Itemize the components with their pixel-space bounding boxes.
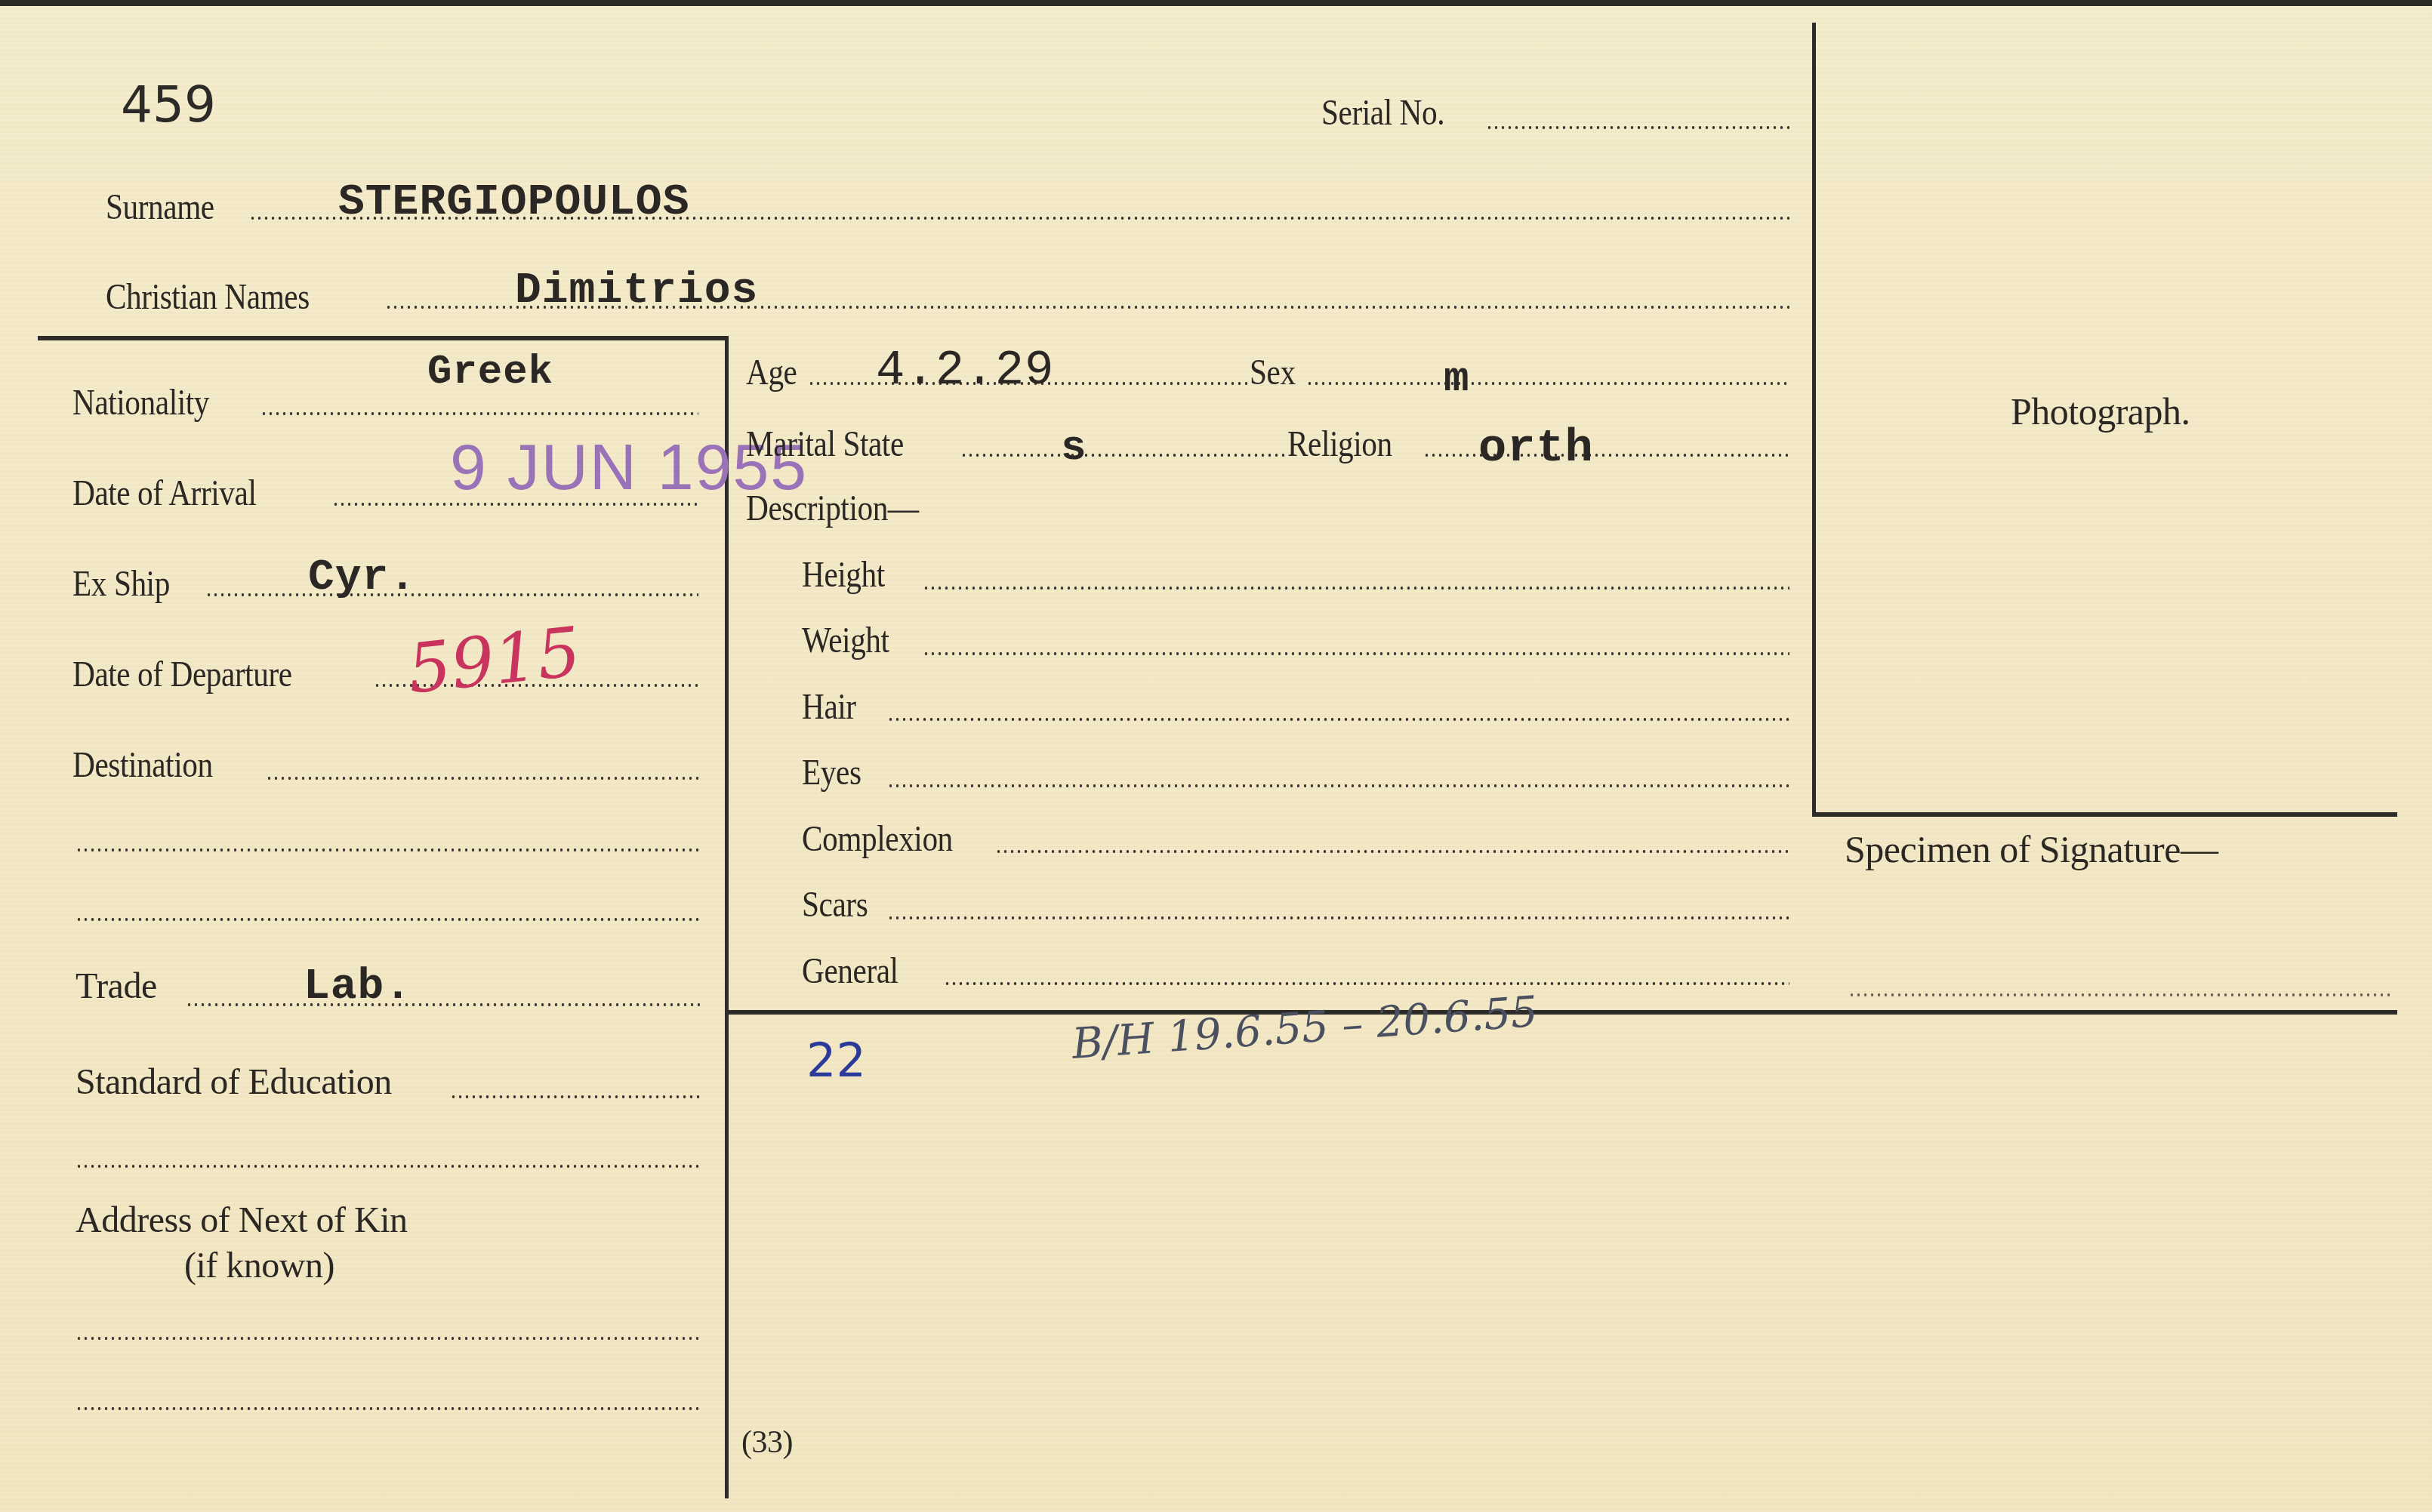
marital-state-field[interactable] (960, 453, 1285, 457)
next-of-kin-field-1[interactable] (76, 1336, 700, 1341)
hair-label: Hair (802, 689, 856, 725)
general-label: General (802, 953, 899, 990)
trade-field[interactable] (186, 1002, 700, 1007)
religion-value: orth (1478, 421, 1594, 475)
complexion-label: Complexion (802, 821, 953, 858)
sex-field[interactable] (1306, 381, 1789, 386)
next-of-kin-field-2[interactable] (76, 1406, 700, 1411)
trade-value: Lab. (304, 962, 411, 1012)
destination-field-1[interactable] (266, 776, 700, 781)
next-of-kin-sublabel: (if known) (184, 1248, 334, 1284)
sex-label: Sex (1250, 355, 1296, 391)
nationality-label: Nationality (72, 385, 209, 421)
standard-of-education-field-2[interactable] (76, 1164, 700, 1169)
destination-label: Destination (72, 747, 213, 784)
photo-box-left-border (1812, 23, 1816, 817)
marital-state-label: Marital State (746, 427, 904, 463)
trade-label: Trade (76, 968, 157, 1005)
signature-field[interactable] (1848, 993, 2393, 997)
age-label: Age (746, 355, 797, 391)
weight-label: Weight (802, 623, 889, 659)
christian-names-label: Christian Names (106, 279, 310, 316)
age-value: 4.2.29 (876, 344, 1054, 399)
sex-value: m (1444, 355, 1470, 403)
height-field[interactable] (923, 586, 1789, 590)
nationality-value: Greek (427, 350, 553, 396)
notes-handwritten: B/H 19.6.55 – 20.6.55 (1071, 987, 1540, 1069)
standard-of-education-label: Standard of Education (76, 1064, 392, 1101)
surname-value: STERGIOPOULOS (338, 178, 689, 227)
card-number: 459 (121, 75, 216, 134)
notes-number: 22 (806, 1033, 866, 1088)
surname-label: Surname (106, 189, 214, 226)
scars-label: Scars (802, 887, 868, 923)
ex-ship-field[interactable] (205, 593, 698, 597)
hair-field[interactable] (887, 717, 1789, 722)
date-of-arrival-label: Date of Arrival (72, 476, 256, 512)
complexion-field[interactable] (995, 849, 1789, 854)
serial-no-label: Serial No. (1321, 95, 1444, 131)
column-divider (725, 336, 729, 1498)
religion-label: Religion (1287, 427, 1392, 463)
notes-number-text: 22 (806, 1033, 866, 1088)
ex-ship-value: Cyr. (308, 553, 416, 602)
ex-ship-label: Ex Ship (72, 566, 170, 602)
eyes-label: Eyes (802, 755, 862, 791)
marital-state-value: s (1061, 423, 1087, 472)
serial-no-field[interactable] (1486, 125, 1789, 130)
destination-field-2[interactable] (76, 848, 700, 852)
date-of-departure-label: Date of Departure (72, 657, 292, 693)
scars-field[interactable] (887, 916, 1789, 920)
notes-section-top-border (726, 1010, 2397, 1015)
description-label: Description— (746, 491, 919, 527)
next-of-kin-label: Address of Next of Kin (76, 1203, 408, 1239)
eyes-field[interactable] (887, 784, 1789, 788)
general-field[interactable] (944, 981, 1789, 986)
form-code: (33) (741, 1427, 793, 1458)
height-label: Height (802, 557, 885, 593)
destination-field-3[interactable] (76, 917, 700, 922)
standard-of-education-field-1[interactable] (450, 1095, 700, 1099)
left-box-top-border (38, 336, 729, 340)
photo-box-bottom-border (1812, 812, 2397, 817)
christian-names-value: Dimitrios (515, 266, 758, 316)
date-of-departure-value: 5915 (404, 612, 584, 709)
signature-label: Specimen of Signature— (1845, 830, 2218, 868)
registration-card: 459 Serial No. Surname STERGIOPOULOS Chr… (0, 0, 2432, 1512)
weight-field[interactable] (923, 651, 1789, 656)
photograph-area[interactable] (1820, 23, 2397, 811)
nationality-field[interactable] (260, 411, 698, 416)
